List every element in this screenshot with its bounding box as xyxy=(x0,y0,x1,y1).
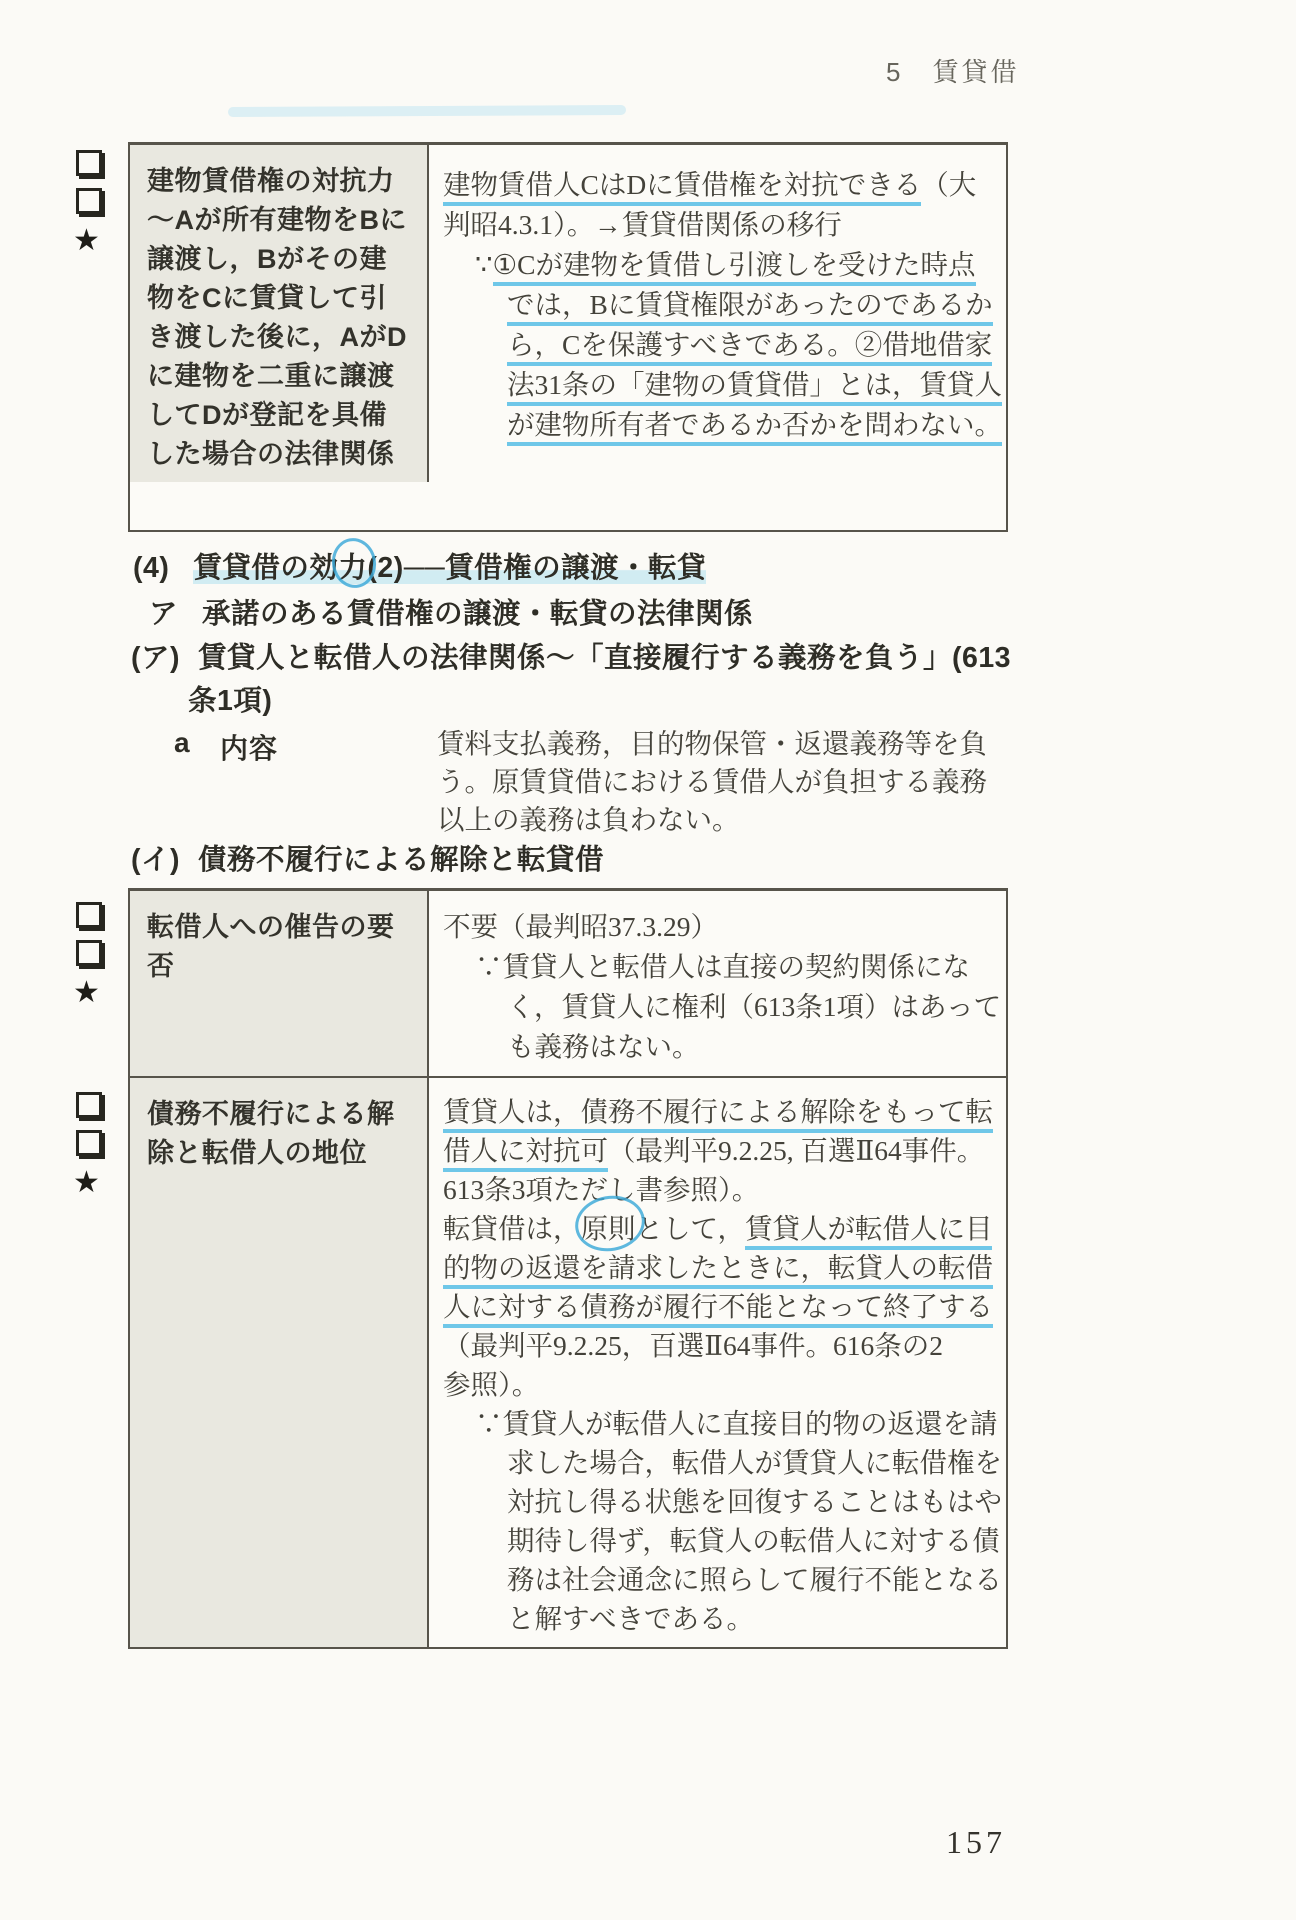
item-a-title: 内容 xyxy=(220,727,278,767)
subsection-number: ア xyxy=(149,598,178,630)
text-line: と解すべきである。 xyxy=(443,1599,1004,1638)
pen-circle-annotation: 力 xyxy=(338,551,367,585)
term-cell: 建物賃借権の対抗力～Aが所有建物をBに譲渡し，Bがその建物をCに賃貸して引き渡し… xyxy=(130,145,429,482)
text-run: ∵賃貸人が転借人に直接目的物の返還を請 xyxy=(475,1408,998,1439)
checkbox-icon xyxy=(76,1130,102,1156)
check-star-markers: ★ xyxy=(76,902,102,1008)
text-run: 求した場合，転借人が賃貸人に転借権を xyxy=(507,1447,1002,1478)
book-page: 5 賃貸借 ★ 建物賃借権の対抗力～Aが所有建物をBに譲渡し，Bがその建物をCに… xyxy=(0,0,1296,1920)
checkbox-icon xyxy=(76,902,102,928)
text-line: 的物の返還を請求したときに，転貸人の転借 xyxy=(443,1248,1004,1287)
term-cell: 転借人への催告の要否 xyxy=(130,891,429,1076)
text-run: ∵ xyxy=(475,249,493,280)
text-run: 期待し得ず，転貸人の転借人に対する債 xyxy=(507,1525,1000,1556)
text-run: （大 xyxy=(921,169,976,200)
star-icon: ★ xyxy=(73,978,100,1008)
text-line: ら，Cを保護すべきである。②借地借家 xyxy=(443,325,1004,365)
text-line: 対抗し得る状態を回復することはもはや xyxy=(443,1482,1004,1521)
subsection-title: 承諾のある賃借権の譲渡・転貸の法律関係 xyxy=(202,598,753,630)
text-line: 法31条の「建物の賃貸借」とは，賃貸人 xyxy=(443,365,1004,405)
section-number: (4) xyxy=(133,552,169,584)
section-heading-4: (4)賃貸借の効力(2)──賃借権の譲渡・転貸 xyxy=(133,551,706,585)
text-line: では，Bに賃貸権限があったのであるか xyxy=(443,285,1004,325)
text-line: ∵①Cが建物を賃借し引渡しを受けた時点 xyxy=(443,245,1004,285)
text-run: 判昭4.3.1）。→賃貸借関係の移行 xyxy=(443,209,842,240)
subsection-title: 債務不履行による解除と転貸借 xyxy=(198,844,604,876)
checkbox-icon xyxy=(76,940,102,966)
text-run: と解すべきである。 xyxy=(507,1603,754,1634)
text-line: う。原賃貸借における賃借人が負担する義務 xyxy=(437,763,987,801)
definition-cell: 賃貸人は，債務不履行による解除をもって転借人に対抗可（最判平9.2.25, 百選… xyxy=(429,1078,1006,1647)
text-line: 借人に対抗可（最判平9.2.25, 百選Ⅱ64事件。 xyxy=(443,1131,1004,1170)
pen-underlined-text: では，Bに賃貸権限があったのであるか xyxy=(507,289,993,326)
term-cell: 債務不履行による解除と転借人の地位 xyxy=(130,1078,429,1647)
table-sublease: 転借人への催告の要否 不要（最判昭37.3.29）∵賃貸人と転借人は直接の契約関… xyxy=(128,888,1008,1649)
text-run: 賃貸借の効 xyxy=(193,552,338,584)
text-line: 求した場合，転借人が賃貸人に転借権を xyxy=(443,1443,1004,1482)
text-run: 613条3項ただし書参照）。 xyxy=(443,1174,759,1205)
text-run: く，賃貸人に権利（613条1項）はあって xyxy=(507,991,1001,1022)
page-number: 157 xyxy=(946,1824,1006,1861)
text-line: く，賃貸人に権利（613条1項）はあって xyxy=(443,987,1004,1027)
text-run: 転貸借は， xyxy=(443,1213,581,1244)
star-icon: ★ xyxy=(73,226,100,256)
text-run: （最判平9.2.25，百選Ⅱ64事件。616条の2 xyxy=(443,1330,943,1361)
checkbox-icon xyxy=(76,150,102,176)
table-row-termination-position: 債務不履行による解除と転借人の地位 賃貸人は，債務不履行による解除をもって転借人… xyxy=(130,1076,1006,1647)
definition-cell: 不要（最判昭37.3.29）∵賃貸人と転借人は直接の契約関係になく，賃貸人に権利… xyxy=(429,891,1006,1076)
text-run: 対抗し得る状態を回復することはもはや xyxy=(507,1486,1002,1517)
text-run: （最判平9.2.25, 百選Ⅱ64事件。 xyxy=(608,1135,984,1166)
text-line: 賃料支払義務，目的物保管・返還義務等を負 xyxy=(437,725,987,763)
text-run: 参照）。 xyxy=(443,1369,539,1400)
text-line: 転貸借は，原則として，賃貸人が転借人に目 xyxy=(443,1209,1004,1248)
subsection-title-line2: 条1項) xyxy=(188,685,272,717)
text-line: 人に対する債務が履行不能となって終了する xyxy=(443,1287,1004,1326)
checkbox-icon xyxy=(76,1092,102,1118)
pen-underlined-text: 賃貸人は，債務不履行による解除をもって転 xyxy=(443,1096,993,1133)
text-line: 務は社会通念に照らして履行不能となる xyxy=(443,1560,1004,1599)
section-title: 賃貸借の効力(2)──賃借権の譲渡・転貸 xyxy=(193,552,706,584)
check-star-markers: ★ xyxy=(76,150,102,256)
text-line: ∵賃貸人と転借人は直接の契約関係にな xyxy=(443,947,1004,987)
subsection-heading-katakana-a: (ア)賃貸人と転借人の法律関係～「直接履行する義務を負う」(613 xyxy=(131,641,1011,675)
term-text: 債務不履行による解除と転借人の地位 xyxy=(147,1099,395,1168)
definition-cell: 建物賃借人CはDに賃借権を対抗できる（大判昭4.3.1）。→賃貸借関係の移行∵①… xyxy=(429,145,1006,482)
pen-circle-annotation: 原則 xyxy=(581,1209,636,1248)
item-a-content: 賃料支払義務，目的物保管・返還義務等を負う。原賃貸借における賃借人が負担する義務… xyxy=(437,725,987,839)
pen-underlined-text: 賃貸人が転借人に目 xyxy=(745,1213,993,1250)
text-run: ∵賃貸人と転借人は直接の契約関係にな xyxy=(475,951,970,982)
text-line: 期待し得ず，転貸人の転借人に対する債 xyxy=(443,1521,1004,1560)
table-building-lease-opposability: 建物賃借権の対抗力～Aが所有建物をBに譲渡し，Bがその建物をCに賃貸して引き渡し… xyxy=(128,142,1008,532)
text-line: 建物賃借人CはDに賃借権を対抗できる（大 xyxy=(443,165,1004,205)
text-run: 不要（最判昭37.3.29） xyxy=(443,911,718,942)
pen-underlined-text: が建物所有者であるか否かを問わない。 xyxy=(507,409,1002,446)
text-run: として， xyxy=(636,1213,745,1244)
subsection-title-line1: 賃貸人と転借人の法律関係～「直接履行する義務を負う」(613 xyxy=(198,642,1011,674)
highlighter-smudge xyxy=(228,105,626,117)
subsection-heading-katakana-i: (イ)債務不履行による解除と転貸借 xyxy=(131,843,604,877)
star-icon: ★ xyxy=(73,1168,100,1198)
pen-underlined-text: 的物の返還を請求したときに，転貸人の転借 xyxy=(443,1252,993,1289)
text-line: 以上の義務は負わない。 xyxy=(437,801,987,839)
pen-underlined-text: ①Cが建物を賃借し引渡しを受けた時点 xyxy=(493,249,976,286)
text-line: （最判平9.2.25，百選Ⅱ64事件。616条の2 xyxy=(443,1326,1004,1365)
subsection-number: (ア) xyxy=(131,642,180,674)
text-run: 務は社会通念に照らして履行不能となる xyxy=(507,1564,1002,1595)
text-run: も義務はない。 xyxy=(507,1031,700,1062)
text-line: 賃貸人は，債務不履行による解除をもって転 xyxy=(443,1092,1004,1131)
text-line: 判昭4.3.1）。→賃貸借関係の移行 xyxy=(443,205,1004,245)
text-line: ∵賃貸人が転借人に直接目的物の返還を請 xyxy=(443,1404,1004,1443)
text-run: (2)──賃借権の譲渡・転貸 xyxy=(367,552,706,584)
text-line: 不要（最判昭37.3.29） xyxy=(443,907,1004,947)
pen-underlined-text: ②借地借家 xyxy=(855,329,993,366)
text-line: が建物所有者であるか否かを問わない。 xyxy=(443,405,1004,445)
text-line: 参照）。 xyxy=(443,1365,1004,1404)
pen-underlined-text: 建物賃借人CはDに賃借権を対抗できる xyxy=(443,169,921,206)
running-header: 5 賃貸借 xyxy=(886,52,1019,89)
pen-underlined-text: 人に対する債務が履行不能となって終了する xyxy=(443,1291,993,1328)
text-line: も義務はない。 xyxy=(443,1027,1004,1067)
table-row: 建物賃借権の対抗力～Aが所有建物をBに譲渡し，Bがその建物をCに賃貸して引き渡し… xyxy=(130,145,1006,482)
pen-underlined-text: 借人に対抗可 xyxy=(443,1135,608,1172)
term-text: 転借人への催告の要否 xyxy=(147,912,395,981)
subsection-heading-a: ア承諾のある賃借権の譲渡・転貸の法律関係 xyxy=(149,597,753,631)
pen-underlined-text: 法31条の「建物の賃貸借」とは，賃貸人 xyxy=(507,369,1002,406)
item-a-label: a xyxy=(174,727,190,759)
check-star-markers: ★ xyxy=(76,1092,102,1198)
term-text: 建物賃借権の対抗力～Aが所有建物をBに譲渡し，Bがその建物をCに賃貸して引き渡し… xyxy=(147,166,407,469)
subsection-heading-katakana-a-cont: 条1項) xyxy=(188,684,272,718)
subsection-number: (イ) xyxy=(131,844,180,876)
checkbox-icon xyxy=(76,188,102,214)
pen-underlined-text: ら，Cを保護すべきである。 xyxy=(507,329,855,366)
text-line: 613条3項ただし書参照）。 xyxy=(443,1170,1004,1209)
table-row-demand-to-sublessee: 転借人への催告の要否 不要（最判昭37.3.29）∵賃貸人と転借人は直接の契約関… xyxy=(130,891,1006,1076)
